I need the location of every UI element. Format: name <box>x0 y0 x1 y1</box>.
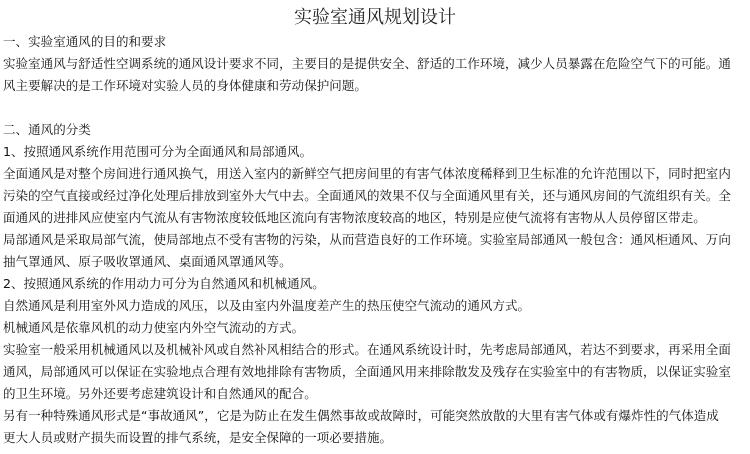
document-title: 实验室通风规划设计 <box>0 6 750 30</box>
paragraph-line: 污染的空气直接或经过净化处理后排放到室外大气中去。全面通风的效果不仅与全面通风里… <box>3 185 731 207</box>
paragraph-line: 另有一种特殊通风形式是“事故通风”，它是为防止在发生偶然事故或故障时，可能突然放… <box>3 405 719 427</box>
subheading-power: 2、按照通风系统的作用动力可分为自然通风和机械通风。 <box>3 273 325 295</box>
section-heading-classification: 二、通风的分类 <box>3 119 91 141</box>
paragraph-line: 实验室一般采用机械通风以及机械补风或自然补风相结合的形式。在通风系统设计时，先考… <box>3 339 731 361</box>
paragraph-line: 自然通风是利用室外风力造成的风压，以及由室内外温度差产生的热压使空气流动的通风方… <box>3 295 530 317</box>
paragraph-line: 风主要解决的是工作环境对实验人员的身体健康和劳动保护问题。 <box>3 75 367 97</box>
paragraph-line: 面通风的进排风应使室内气流从有害物浓度较低地区流向有害物浓度较高的地区，特别是应… <box>3 207 706 229</box>
paragraph-line: 局部通风是采取局部气流，使局部地点不受有害物的污染，从而营造良好的工作环境。实验… <box>3 229 731 251</box>
paragraph-line: 通风，局部通风可以保证在实验地点合理有效地排除有害物质，全面通风用来排除散发及残… <box>3 361 731 383</box>
subheading-scope: 1、按照通风系统作用范围可分为全面通风和局部通风。 <box>3 141 312 163</box>
section-heading-purpose: 一、实验室通风的目的和要求 <box>3 31 166 53</box>
paragraph-line: 抽气罩通风、原子吸收罩通风、桌面通风罩通风等。 <box>3 251 292 273</box>
paragraph-line: 机械通风是依靠风机的动力使室内外空气流动的方式。 <box>3 317 304 339</box>
paragraph-line: 更大人员或财产损失而设置的排气系统，是安全保障的一项必要措施。 <box>3 427 392 449</box>
paragraph-line: 实验室通风与舒适性空调系统的通风设计要求不同，主要目的是提供安全、舒适的工作环境… <box>3 53 731 75</box>
paragraph-line: 全面通风是对整个房间进行通风换气，用送入室内的新鲜空气把房间里的有害气体浓度稀释… <box>3 163 731 185</box>
paragraph-line: 的卫生环境。另外还要考虑建筑设计和自然通风的配合。 <box>3 383 317 405</box>
